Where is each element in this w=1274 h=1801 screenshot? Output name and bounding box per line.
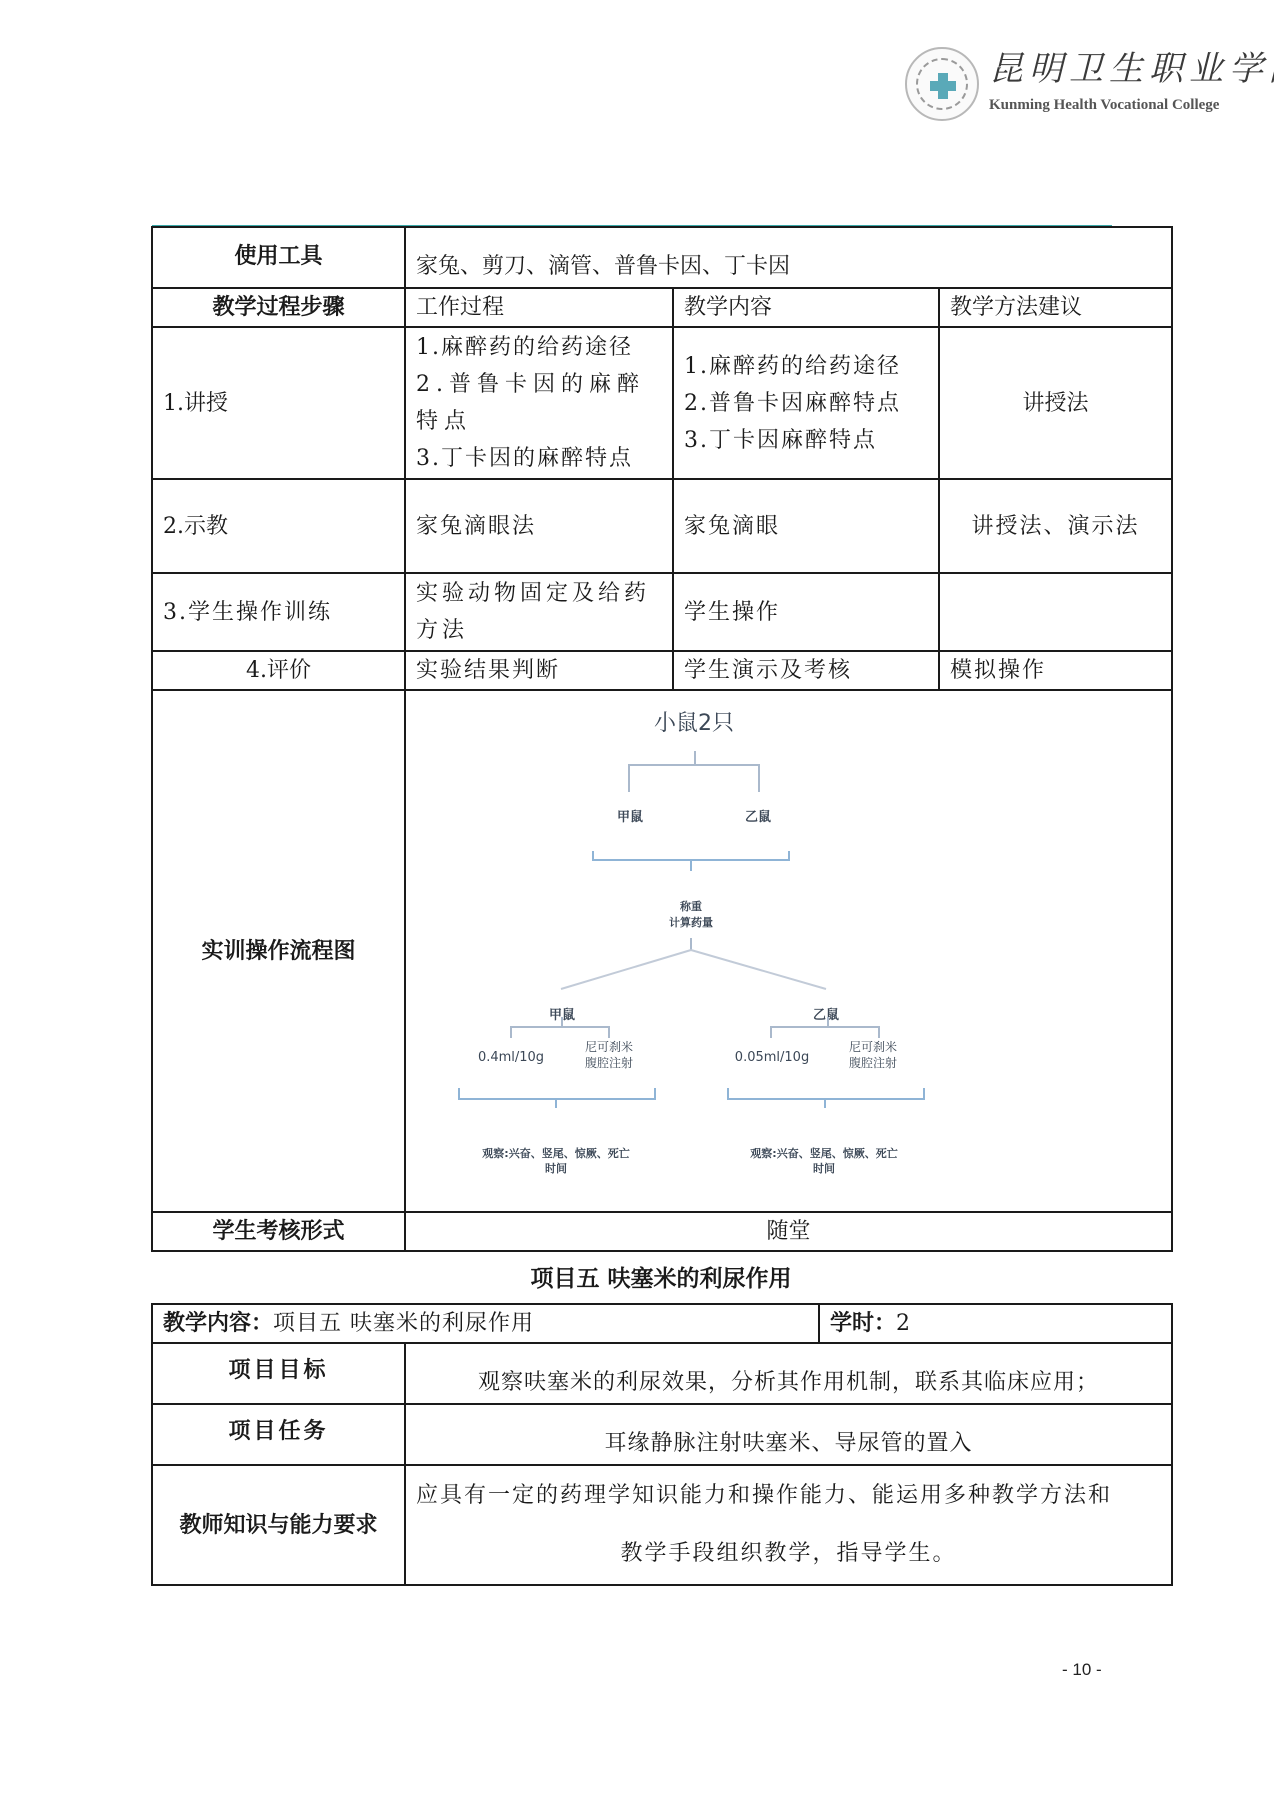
flow-b-label: 乙鼠 (804, 997, 848, 1034)
assessment-value: 随堂 (405, 1212, 1172, 1251)
college-logo: 昆明卫生职业学院 Kunming Health Vocational Colle… (905, 47, 1265, 123)
flow-drug-line: 尼可刹米 (838, 1039, 908, 1055)
flow-a-label: 甲鼠 (540, 997, 584, 1034)
flow-drug-line: 腹腔注射 (838, 1055, 908, 1071)
content-line: 2.普鲁卡因麻醉特点 (684, 385, 928, 422)
teacher-row: 教师知识与能力要求 应具有一定的药理学知识能力和操作能力、能运用多种教学方法和 … (152, 1465, 1172, 1585)
table-row: 1.讲授 1.麻醉药的给药途径 2.普鲁卡因的麻醉特点 3.丁卡因的麻醉特点 1… (152, 327, 1172, 479)
column-header: 教学过程步骤 (152, 288, 405, 327)
assessment-row: 学生考核形式 随堂 (152, 1212, 1172, 1251)
hours-value: 2 (896, 1311, 910, 1336)
flow-a-observe: 观察:兴奋、竖尾、惊厥、死亡 时间 (446, 1146, 666, 1176)
work-cell: 实验动物固定及给药方法 (405, 573, 673, 651)
flow-b-dose: 0.05ml/10g (722, 1039, 822, 1076)
flow-a-dose: 0.4ml/10g (466, 1039, 556, 1076)
section-title: 项目五 呋塞米的利尿作用 (151, 1264, 1171, 1294)
goal-label: 项目目标 (152, 1343, 405, 1404)
tools-row: 使用工具 家兔、剪刀、滴管、普鲁卡因、丁卡因 (152, 227, 1172, 288)
work-cell: 家兔滴眼法 (405, 479, 673, 573)
flow-b-drug: 尼可刹米 腹腔注射 (838, 1039, 908, 1071)
method-cell: 模拟操作 (939, 651, 1172, 690)
task-label: 项目任务 (152, 1404, 405, 1465)
flow-b-observe: 观察:兴奋、竖尾、惊厥、死亡 时间 (714, 1146, 934, 1176)
column-header: 工作过程 (405, 288, 673, 327)
work-cell: 1.麻醉药的给药途径 2.普鲁卡因的麻醉特点 3.丁卡因的麻醉特点 (405, 327, 673, 479)
flowchart-row: 实训操作流程图 小鼠2只 甲鼠 乙鼠 称重 计算药量 (152, 690, 1172, 1212)
content-value: 项目五 呋塞米的利尿作用 (273, 1311, 534, 1336)
method-cell: 讲授法 (939, 327, 1172, 479)
work-cell: 实验结果判断 (405, 651, 673, 690)
flow-split-lines (406, 691, 1166, 1211)
step-cell: 2.示教 (152, 479, 405, 573)
college-seal-icon (905, 47, 979, 121)
tools-label: 使用工具 (152, 227, 405, 288)
content-row: 教学内容：项目五 呋塞米的利尿作用 学时：2 (152, 1304, 1172, 1343)
teacher-line: 应具有一定的药理学知识能力和操作能力、能运用多种教学方法和 (416, 1467, 1161, 1525)
column-header: 教学内容 (673, 288, 939, 327)
page-number: - 10 - (1062, 1660, 1102, 1680)
flowchart-label: 实训操作流程图 (152, 690, 405, 1212)
table-row: 3.学生操作训练 实验动物固定及给药方法 学生操作 (152, 573, 1172, 651)
tools-value: 家兔、剪刀、滴管、普鲁卡因、丁卡因 (405, 227, 1172, 288)
flow-observe-line: 时间 (714, 1161, 934, 1176)
method-cell (939, 573, 1172, 651)
flow-drug-line: 腹腔注射 (574, 1055, 644, 1071)
table-row: 4.评价 实验结果判断 学生演示及考核 模拟操作 (152, 651, 1172, 690)
content-cell: 教学内容：项目五 呋塞米的利尿作用 (152, 1304, 819, 1343)
flow-observe-line: 时间 (446, 1161, 666, 1176)
work-line: 3.丁卡因的麻醉特点 (416, 440, 662, 477)
teacher-value: 应具有一定的药理学知识能力和操作能力、能运用多种教学方法和 教学手段组织教学，指… (405, 1465, 1172, 1585)
hours-cell: 学时：2 (819, 1304, 1172, 1343)
assessment-label: 学生考核形式 (152, 1212, 405, 1251)
method-cell: 讲授法、演示法 (939, 479, 1172, 573)
college-name-cn: 昆明卫生职业学院 (989, 49, 1274, 89)
goal-value: 观察呋塞米的利尿效果，分析其作用机制，联系其临床应用； (405, 1343, 1172, 1404)
step-cell: 1.讲授 (152, 327, 405, 479)
content-cell: 1.麻醉药的给药途径 2.普鲁卡因麻醉特点 3.丁卡因麻醉特点 (673, 327, 939, 479)
flow-a-drug: 尼可刹米 腹腔注射 (574, 1039, 644, 1071)
content-label: 教学内容： (163, 1310, 273, 1336)
training-table: 使用工具 家兔、剪刀、滴管、普鲁卡因、丁卡因 教学过程步骤 工作过程 教学内容 … (151, 226, 1173, 1252)
table-row: 2.示教 家兔滴眼法 家兔滴眼 讲授法、演示法 (152, 479, 1172, 573)
table-header-row: 教学过程步骤 工作过程 教学内容 教学方法建议 (152, 288, 1172, 327)
flow-observe-line: 观察:兴奋、竖尾、惊厥、死亡 (446, 1146, 666, 1161)
flow-drug-line: 尼可刹米 (574, 1039, 644, 1055)
work-line: 1.麻醉药的给药途径 (416, 329, 662, 366)
step-cell: 4.评价 (152, 651, 405, 690)
flow-observe-line: 观察:兴奋、竖尾、惊厥、死亡 (714, 1146, 934, 1161)
flowchart-diagram: 小鼠2只 甲鼠 乙鼠 称重 计算药量 (406, 691, 1166, 1211)
work-line: 2.普鲁卡因的麻醉特点 (416, 366, 662, 440)
task-value: 耳缘静脉注射呋塞米、导尿管的置入 (405, 1404, 1172, 1465)
content-cell: 家兔滴眼 (673, 479, 939, 573)
project-table: 教学内容：项目五 呋塞米的利尿作用 学时：2 项目目标 观察呋塞米的利尿效果，分… (151, 1303, 1173, 1586)
column-header: 教学方法建议 (939, 288, 1172, 327)
college-name-en: Kunming Health Vocational College (989, 97, 1219, 114)
hours-label: 学时： (830, 1310, 896, 1336)
teacher-label: 教师知识与能力要求 (152, 1465, 405, 1585)
goal-row: 项目目标 观察呋塞米的利尿效果，分析其作用机制，联系其临床应用； (152, 1343, 1172, 1404)
content-cell: 学生操作 (673, 573, 939, 651)
step-cell: 3.学生操作训练 (152, 573, 405, 651)
task-row: 项目任务 耳缘静脉注射呋塞米、导尿管的置入 (152, 1404, 1172, 1465)
flowchart-cell: 小鼠2只 甲鼠 乙鼠 称重 计算药量 (405, 690, 1172, 1212)
content-line: 1.麻醉药的给药途径 (684, 348, 928, 385)
content-cell: 学生演示及考核 (673, 651, 939, 690)
teacher-line: 教学手段组织教学，指导学生。 (416, 1525, 1161, 1583)
content-line: 3.丁卡因麻醉特点 (684, 422, 928, 459)
